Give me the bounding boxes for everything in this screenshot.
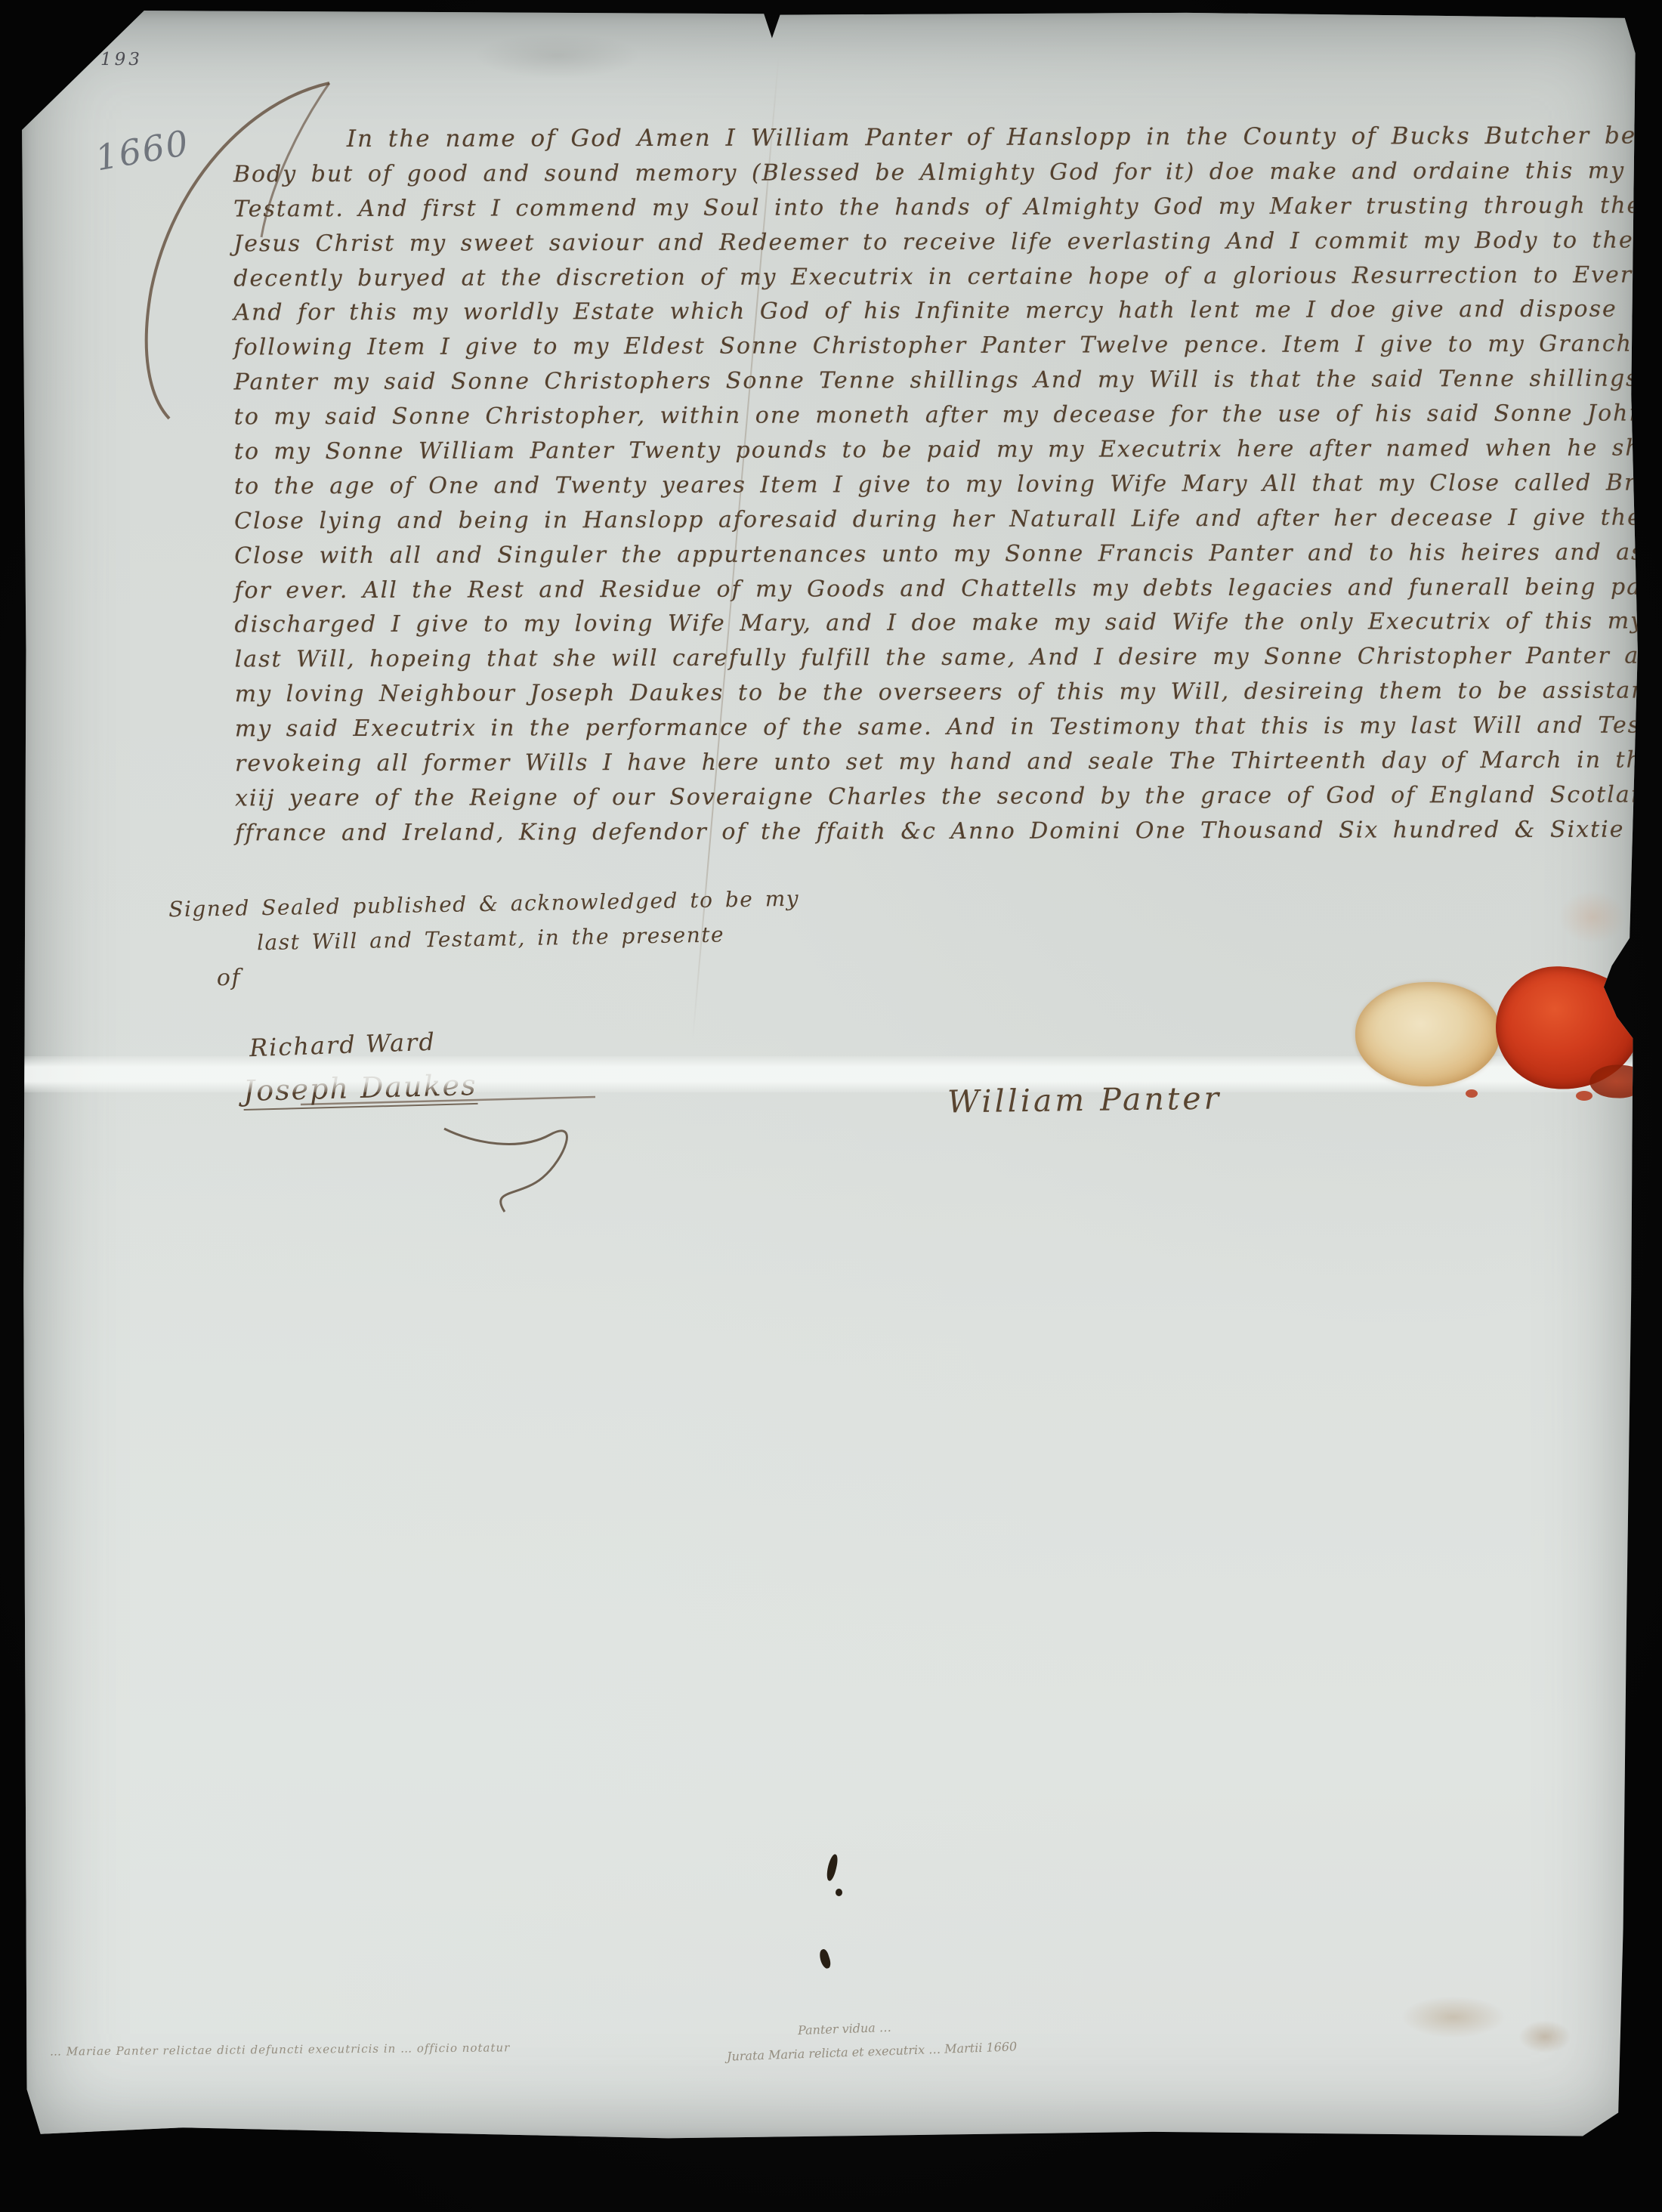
will-text-line: last Will, hopeing that she will careful… xyxy=(235,639,1644,678)
attestation-clause: Signed Sealed published & acknowledged t… xyxy=(168,882,801,997)
will-text-line: Close lying and being in Hanslopp afores… xyxy=(234,500,1643,539)
stain xyxy=(1518,2020,1571,2053)
stain xyxy=(474,33,641,79)
ink-blot xyxy=(836,1889,842,1896)
will-text-line: Body but of good and sound memory (Bless… xyxy=(233,153,1642,192)
will-text-line: In the name of God Amen I William Panter… xyxy=(347,119,1642,157)
wax-speck xyxy=(1466,1089,1478,1098)
will-text-line: Jesus Christ my sweet saviour and Redeem… xyxy=(233,223,1642,261)
probate-annotation-center: Jurata Maria relicta et executrix … Mart… xyxy=(727,2039,1018,2063)
stain xyxy=(1559,891,1626,944)
will-text-line: my said Executrix in the performance of … xyxy=(235,709,1644,747)
will-text-line: to my said Sonne Christopher, within one… xyxy=(234,397,1643,435)
probate-annotation-left: … Mariae Panter relictae dicti defuncti … xyxy=(50,2041,510,2058)
will-text-line: to my Sonne William Panter Twenty pounds… xyxy=(234,431,1643,470)
archival-page-number: 193 xyxy=(100,50,143,70)
will-text-line: xiij yeare of the Reigne of our Soveraig… xyxy=(235,777,1644,816)
will-text-line: Panter my said Sonne Christophers Sonne … xyxy=(234,362,1643,400)
ink-blot xyxy=(817,1948,832,1969)
wax-speck xyxy=(1576,1091,1592,1101)
probate-annotation-center: Panter vidua … xyxy=(798,2020,891,2037)
will-text-line: for ever. All the Rest and Residue of my… xyxy=(234,570,1643,608)
stain xyxy=(1401,1996,1506,2038)
will-text-line: decently buryed at the discretion of my … xyxy=(233,258,1642,296)
ink-blot xyxy=(825,1853,839,1882)
will-text-line: following Item I give to my Eldest Sonne… xyxy=(233,327,1642,366)
will-text-line: And for this my worldly Estate which God… xyxy=(233,292,1642,331)
document-photo: 193 1660 In the name of God Amen I Willi… xyxy=(0,0,1662,2212)
witness-flourish xyxy=(444,1129,567,1212)
will-text-line: my loving Neighbour Joseph Daukes to be … xyxy=(235,674,1644,712)
year-annotation: 1660 xyxy=(92,122,193,179)
will-text-line: discharged I give to my loving Wife Mary… xyxy=(234,604,1643,643)
will-text-line: to the age of One and Twenty yeares Item… xyxy=(234,465,1643,504)
pale-wax-seal xyxy=(1355,982,1500,1086)
will-text-line: Close with all and Singuler the appurten… xyxy=(234,535,1643,573)
will-body-text: In the name of God Amen I William Panter… xyxy=(233,119,1645,851)
will-text-line: ffrance and Ireland, King defendor of th… xyxy=(235,812,1644,851)
will-text-line: revokeing all former Wills I have here u… xyxy=(235,743,1644,782)
testator-signature: William Panter xyxy=(947,1080,1222,1120)
will-text-line: Testamt. And first I commend my Soul int… xyxy=(233,188,1642,227)
manuscript-page: 193 1660 In the name of God Amen I Willi… xyxy=(21,11,1639,2142)
